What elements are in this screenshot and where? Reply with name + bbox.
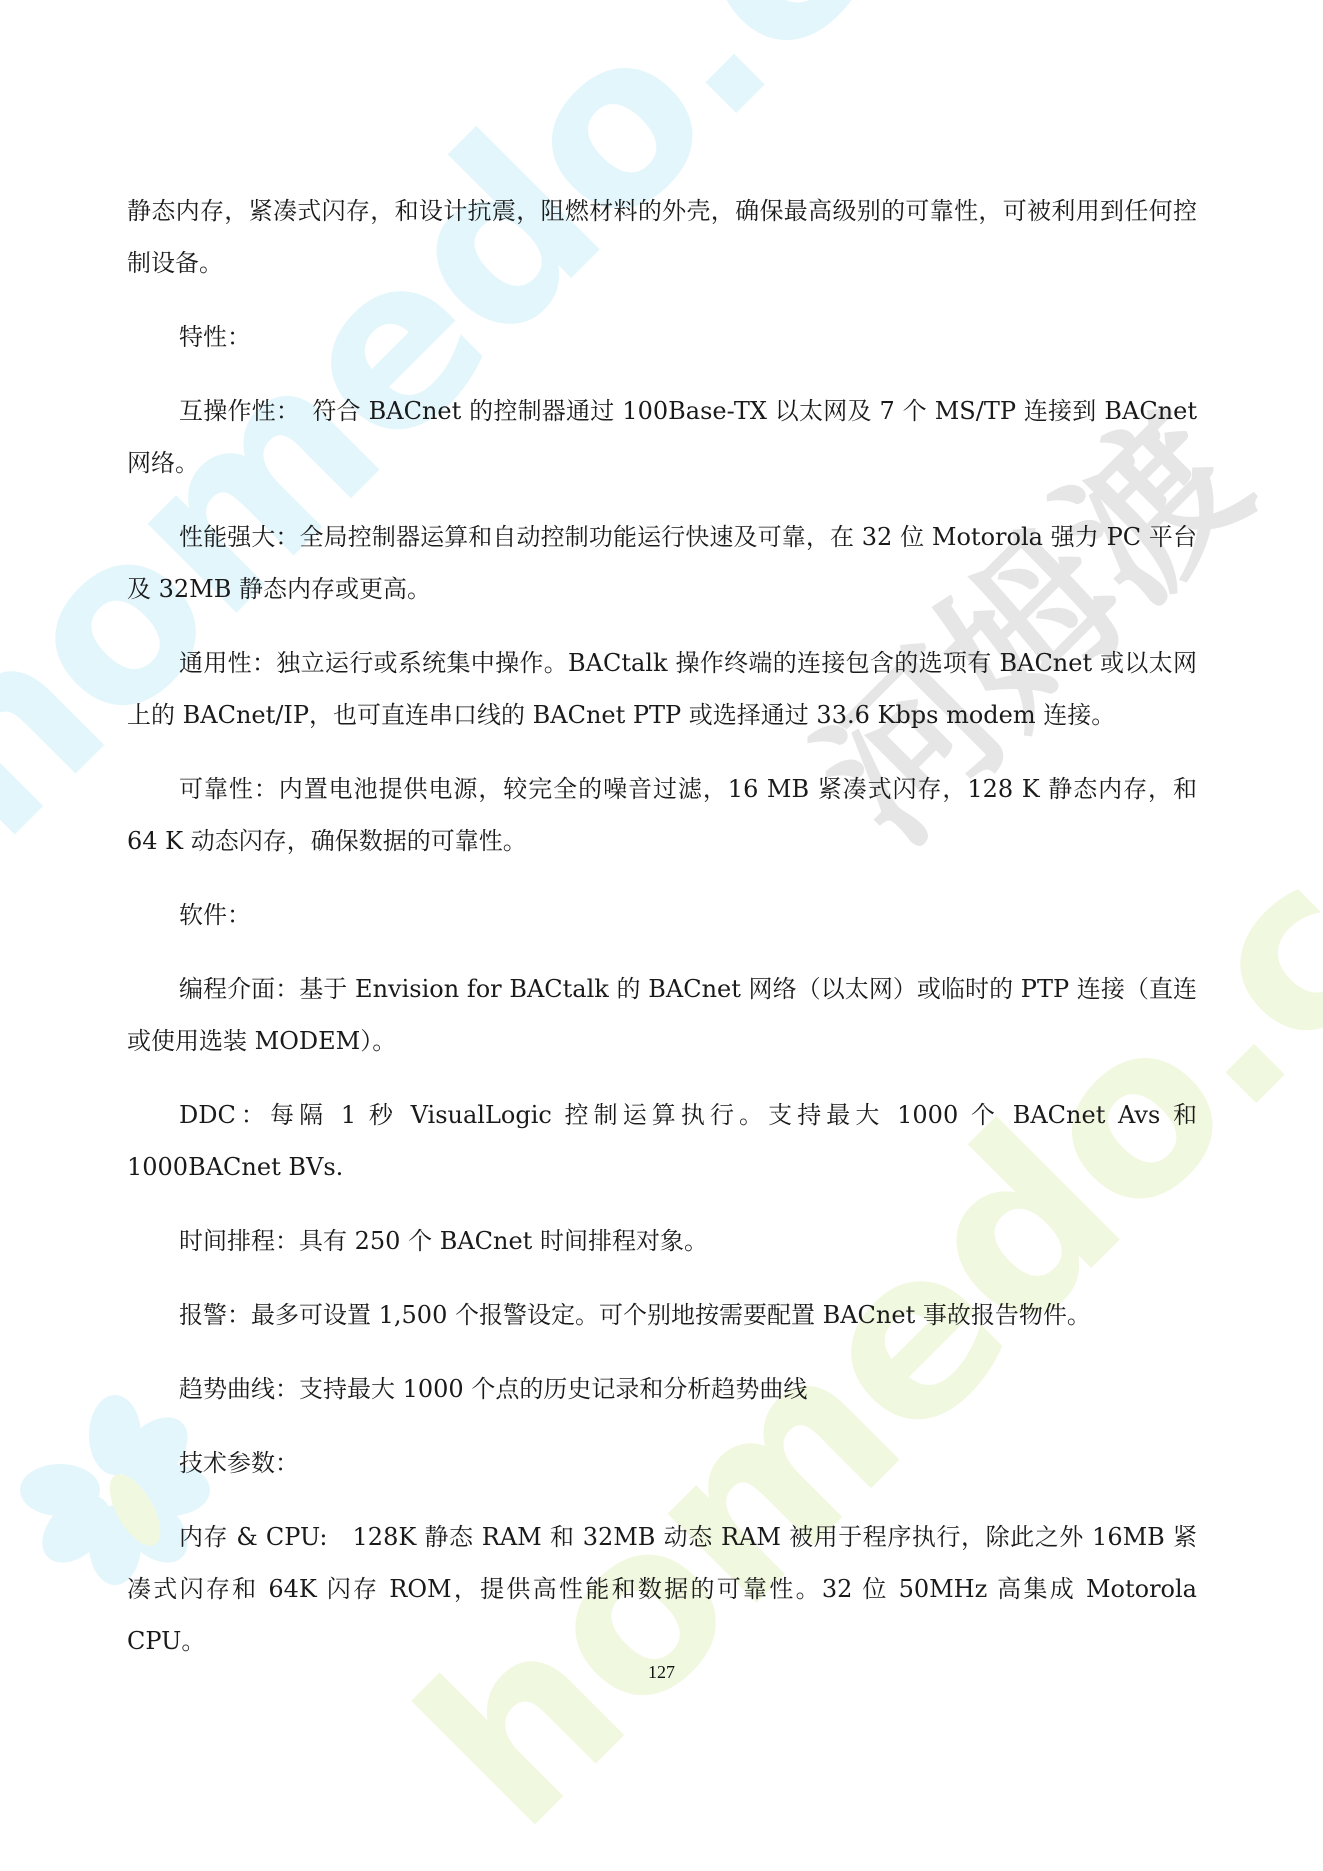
paragraph-intro-continuation: 静态内存，紧凑式闪存，和设计抗震，阻燃材料的外壳，确保最高级别的可靠性，可被利用… xyxy=(127,185,1197,289)
paragraph-reliability: 可靠性：内置电池提供电源，较完全的噪音过滤，16 MB 紧凑式闪存，128 K … xyxy=(127,763,1197,867)
paragraph-versatility: 通用性：独立运行或系统集中操作。BACtalk 操作终端的连接包含的选项有 BA… xyxy=(127,637,1197,741)
heading-specs: 技术参数： xyxy=(127,1437,1197,1489)
paragraph-ddc: DDC：每隔 1 秒 VisualLogic 控制运算执行。支持最大 1000 … xyxy=(127,1089,1197,1193)
heading-software: 软件： xyxy=(127,889,1197,941)
document-page: 静态内存，紧凑式闪存，和设计抗震，阻燃材料的外壳，确保最高级别的可靠性，可被利用… xyxy=(127,185,1197,1689)
paragraph-interoperability: 互操作性： 符合 BACnet 的控制器通过 100Base-TX 以太网及 7… xyxy=(127,385,1197,489)
paragraph-programming-interface: 编程介面：基于 Envision for BACtalk 的 BACnet 网络… xyxy=(127,963,1197,1067)
paragraph-performance: 性能强大：全局控制器运算和自动控制功能运行快速及可靠，在 32 位 Motoro… xyxy=(127,511,1197,615)
heading-features: 特性： xyxy=(127,311,1197,363)
page-number: 127 xyxy=(0,1662,1323,1683)
paragraph-memory-cpu: 内存 & CPU: 128K 静态 RAM 和 32MB 动态 RAM 被用于程… xyxy=(127,1511,1197,1667)
paragraph-alarms: 报警：最多可设置 1,500 个报警设定。可个别地按需要配置 BACnet 事故… xyxy=(127,1289,1197,1341)
paragraph-scheduling: 时间排程：具有 250 个 BACnet 时间排程对象。 xyxy=(127,1215,1197,1267)
paragraph-trends: 趋势曲线：支持最大 1000 个点的历史记录和分析趋势曲线 xyxy=(127,1363,1197,1415)
